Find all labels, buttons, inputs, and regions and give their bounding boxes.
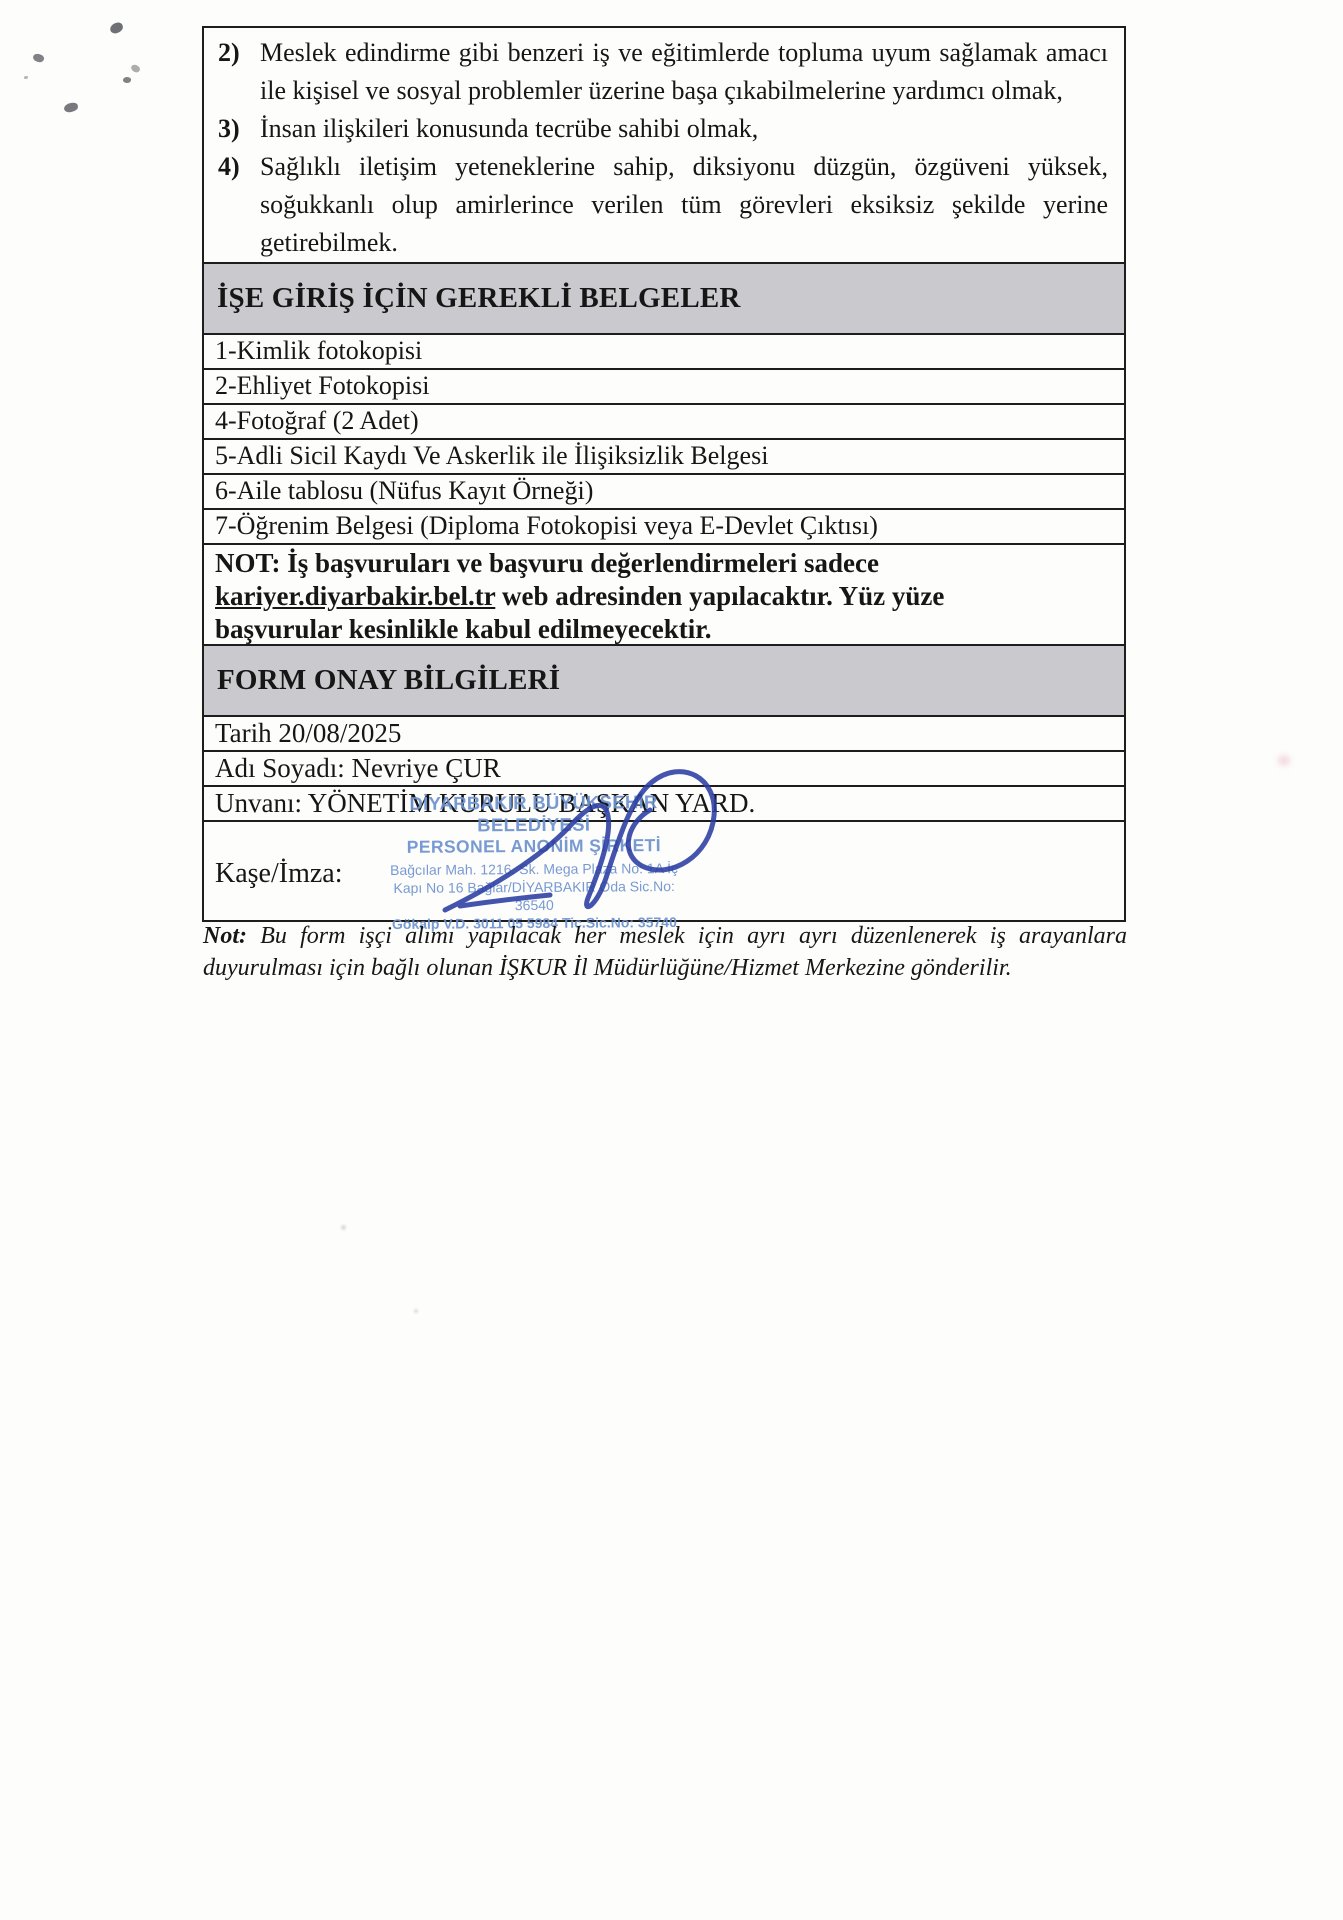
list-item-number: 4)	[218, 148, 240, 186]
list-item: 3) İnsan ilişkileri konusunda tecrübe sa…	[214, 110, 1108, 148]
ink-smudge	[32, 52, 45, 64]
list-item: 4) Sağlıklı iletişim yeteneklerine sahip…	[214, 148, 1108, 262]
approval-name-row: Adı Soyadı: Nevriye ÇUR	[204, 750, 1124, 785]
list-item-text: Meslek edindirme gibi benzeri iş ve eğit…	[260, 38, 1108, 105]
career-site-link: kariyer.diyarbakir.bel.tr	[215, 581, 495, 611]
table-row: 5-Adli Sicil Kaydı Ve Askerlik ile İlişi…	[204, 438, 1124, 473]
footnote-line: duyurulması için bağlı olunan İŞKUR İl M…	[203, 952, 1127, 984]
list-item-text: İnsan ilişkileri konusunda tecrübe sahib…	[260, 114, 758, 143]
section-header-documents: İŞE GİRİŞ İÇİN GEREKLİ BELGELER	[204, 262, 1124, 333]
table-row: 6-Aile tablosu (Nüfus Kayıt Örneği)	[204, 473, 1124, 508]
note-line-rest: web adresinden yapılacaktır. Yüz yüze	[495, 581, 944, 611]
section-title: İŞE GİRİŞ İÇİN GEREKLİ BELGELER	[217, 282, 741, 315]
qualifications-cell: 2) Meslek edindirme gibi benzeri iş ve e…	[204, 28, 1124, 262]
scan-speck	[341, 1225, 346, 1230]
list-item-text: Sağlıklı iletişim yeteneklerine sahip, d…	[260, 152, 1108, 257]
table-row: 1-Kimlik fotokopisi	[204, 333, 1124, 368]
stamp-line: DİYARBAKIR BÜYÜKŞEHİR BELEDİYESİ	[378, 791, 690, 837]
ink-smudge	[63, 102, 78, 113]
company-stamp: DİYARBAKIR BÜYÜKŞEHİR BELEDİYESİ PERSONE…	[378, 791, 691, 933]
stamp-line: Kapı No 16 Bağlar/DİYARBAKIR Oda Sic.No:…	[378, 877, 690, 915]
application-note-cell: NOT: İş başvuruları ve başvuru değerlend…	[204, 543, 1124, 644]
scan-speck	[1278, 755, 1290, 766]
ink-smudge	[109, 21, 124, 34]
stamp-line: PERSONEL ANONİM ŞİRKETİ	[378, 835, 690, 858]
footnote-line: Not: Bu form işçi alımı yapılacak her me…	[203, 920, 1127, 952]
scanned-form-page: 2) Meslek edindirme gibi benzeri iş ve e…	[0, 0, 1343, 1920]
ink-smudge	[130, 63, 141, 74]
scan-speck	[414, 1309, 418, 1313]
section-title: FORM ONAY BİLGİLERİ	[217, 664, 560, 697]
table-row: 7-Öğrenim Belgesi (Diploma Fotokopisi ve…	[204, 508, 1124, 543]
note-line: başvurular kesinlikle kabul edilmeyecekt…	[215, 613, 1112, 646]
footnote-text: Bu form işçi alımı yapılacak her meslek …	[247, 923, 1127, 949]
table-row: 2-Ehliyet Fotokopisi	[204, 368, 1124, 403]
list-item-number: 2)	[218, 34, 240, 72]
form-table: 2) Meslek edindirme gibi benzeri iş ve e…	[202, 26, 1126, 922]
ink-smudge	[123, 76, 132, 83]
footnote: Not: Bu form işçi alımı yapılacak her me…	[203, 920, 1127, 984]
stamp-line: Bağcılar Mah. 1216. Sk. Mega Plaza No: 1…	[378, 859, 690, 879]
list-item: 2) Meslek edindirme gibi benzeri iş ve e…	[214, 34, 1108, 110]
approval-date-row: Tarih 20/08/2025	[204, 715, 1124, 750]
table-row: 4-Fotoğraf (2 Adet)	[204, 403, 1124, 438]
footnote-bold-prefix: Not:	[203, 923, 247, 949]
ink-smudge	[24, 76, 28, 79]
section-header-approval: FORM ONAY BİLGİLERİ	[204, 644, 1124, 715]
list-item-number: 3)	[218, 110, 240, 148]
stamp-label: Kaşe/İmza:	[215, 858, 343, 890]
note-line: kariyer.diyarbakir.bel.tr web adresinden…	[215, 580, 1112, 613]
note-line: NOT: İş başvuruları ve başvuru değerlend…	[215, 547, 1112, 580]
